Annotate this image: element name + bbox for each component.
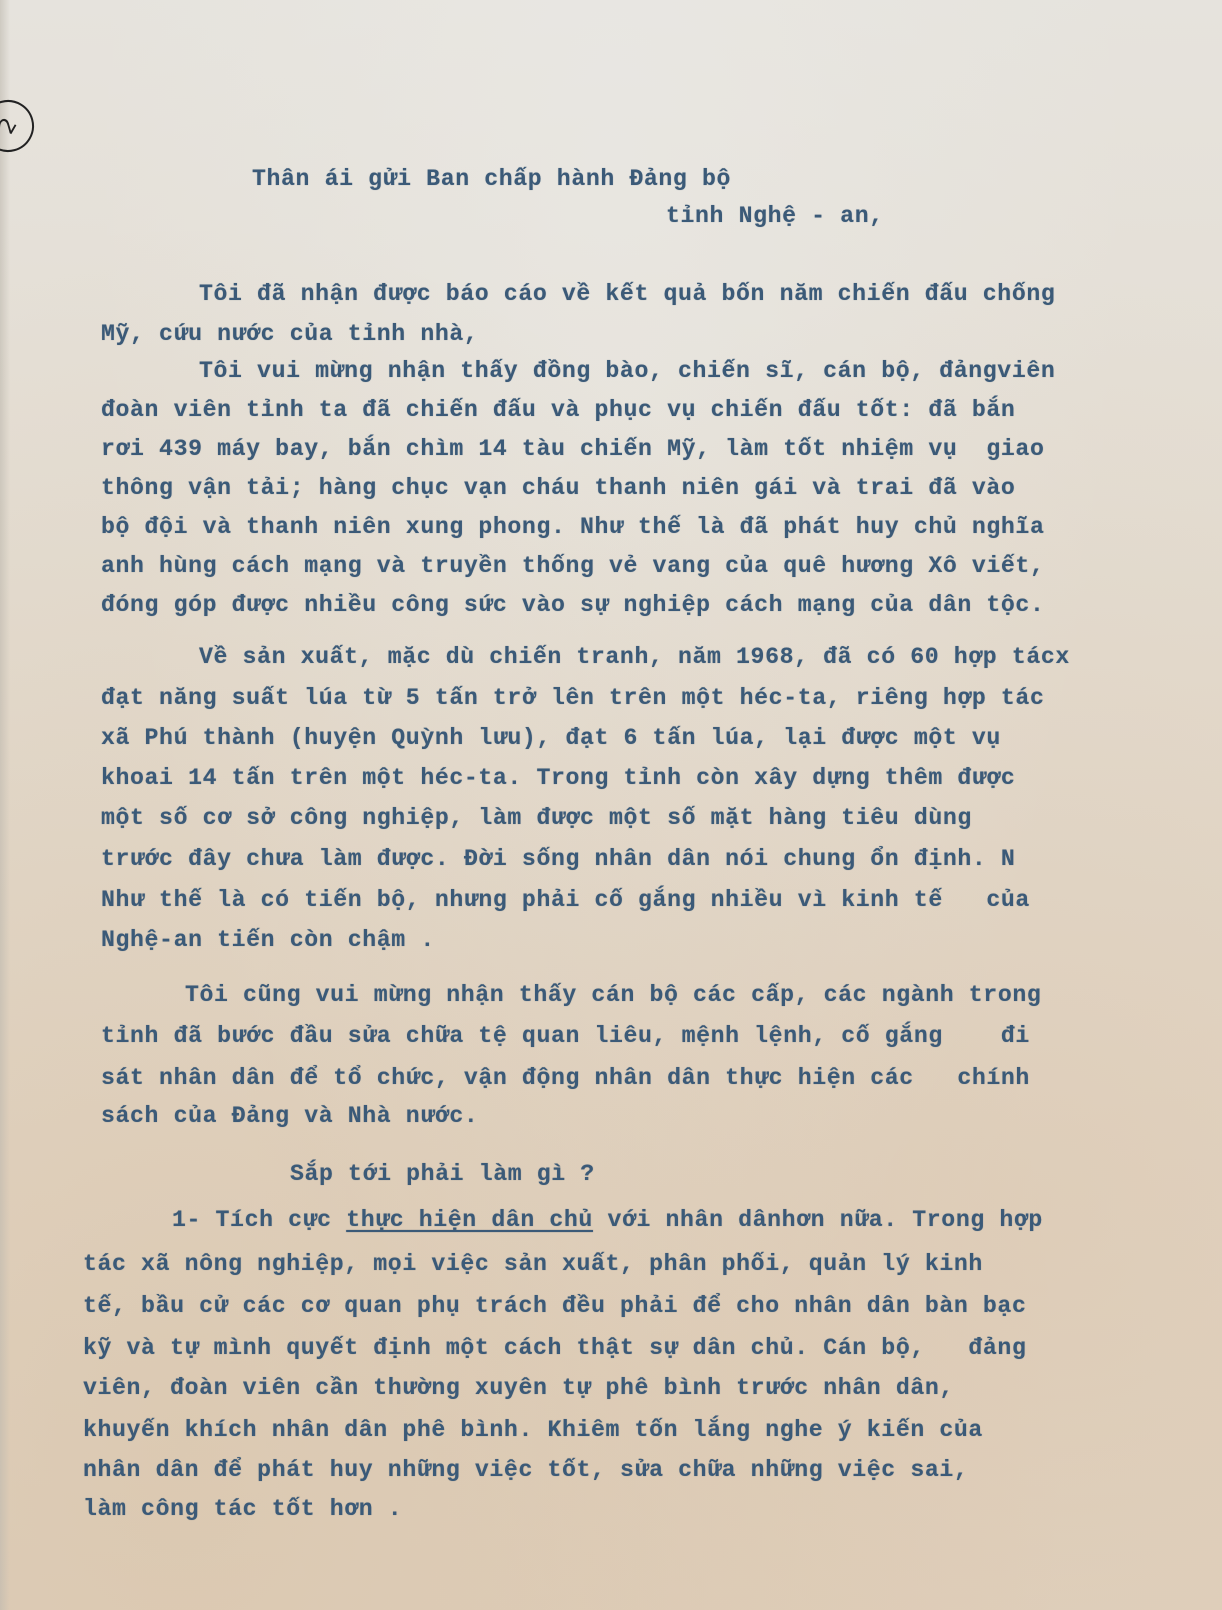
paragraph-3-line: khoai 14 tấn trên một héc-ta. Trong tỉnh… [101, 767, 1015, 790]
paper-edge-shadow [0, 0, 10, 1610]
paragraph-3-line: trước đây chưa làm được. Đời sống nhân d… [101, 848, 1015, 871]
paragraph-3-line: đạt năng suất lúa từ 5 tấn trở lên trên … [101, 687, 1044, 710]
salutation-line-1: Thân ái gửi Ban chấp hành Đảng bộ [252, 168, 731, 191]
paragraph-3-line: Về sản xuất, mặc dù chiến tranh, năm 196… [199, 646, 1070, 669]
paragraph-1-line: Mỹ, cứu nước của tỉnh nhà, [101, 323, 478, 346]
section-heading: Sắp tới phải làm gì ? [290, 1163, 595, 1186]
paragraph-2-line: thông vận tải; hàng chục vạn cháu thanh … [101, 477, 1015, 500]
paragraph-2-line: Tôi vui mừng nhận thấy đồng bào, chiến s… [199, 360, 1055, 383]
paragraph-2-line: đoàn viên tỉnh ta đã chiến đấu và phục v… [101, 399, 1015, 422]
paragraph-3-line: Như thế là có tiến bộ, nhưng phải cố gắn… [101, 889, 1030, 912]
item-1-line: khuyến khích nhân dân phê bình. Khiêm tố… [83, 1419, 983, 1442]
paragraph-3-line: xã Phú thành (huyện Quỳnh lưu), đạt 6 tấ… [101, 727, 1001, 750]
paragraph-1-line: Tôi đã nhận được báo cáo về kết quả bốn … [199, 283, 1055, 306]
paragraph-2-line: rơi 439 máy bay, bắn chìm 14 tàu chiến M… [101, 438, 1044, 461]
paragraph-2-line: đóng góp được nhiều công sức vào sự nghi… [101, 594, 1044, 617]
item-1-line: nhân dân để phát huy những việc tốt, sửa… [83, 1459, 968, 1482]
item-1-line: làm công tác tốt hơn . [83, 1498, 402, 1521]
item-1-line: tế, bầu cử các cơ quan phụ trách đều phả… [83, 1295, 1026, 1318]
paragraph-3-line: Nghệ-an tiến còn chậm . [101, 929, 435, 952]
item-1-emphasis: thực hiện dân chủ [346, 1207, 593, 1233]
item-1-first-line: 1- Tích cực thực hiện dân chủ với nhân d… [172, 1209, 1043, 1232]
paragraph-4-line: sách của Đảng và Nhà nước. [101, 1105, 478, 1128]
item-1-line: tác xã nông nghiệp, mọi việc sản xuất, p… [83, 1253, 983, 1276]
paragraph-3-line: một số cơ sở công nghiệp, làm được một s… [101, 807, 972, 830]
item-1-first-line-rest: với nhân dânhơn nữa. Trong hợp [593, 1207, 1043, 1233]
item-1-prefix: 1- Tích cực [172, 1207, 346, 1233]
paragraph-4-line: sát nhân dân để tổ chức, vận động nhân d… [101, 1067, 1030, 1090]
item-1-line: kỹ và tự mình quyết định một cách thật s… [83, 1337, 1026, 1360]
salutation-line-2: tỉnh Nghệ - an, [666, 205, 884, 228]
paragraph-4-line: Tôi cũng vui mừng nhận thấy cán bộ các c… [185, 984, 1041, 1007]
paragraph-2-line: bộ đội và thanh niên xung phong. Như thế… [101, 516, 1044, 539]
item-1-line: viên, đoàn viên cần thường xuyên tự phê … [83, 1377, 954, 1400]
paragraph-2-line: anh hùng cách mạng và truyền thống vẻ va… [101, 555, 1044, 578]
paragraph-4-line: tỉnh đã bước đầu sửa chữa tệ quan liêu, … [101, 1025, 1030, 1048]
